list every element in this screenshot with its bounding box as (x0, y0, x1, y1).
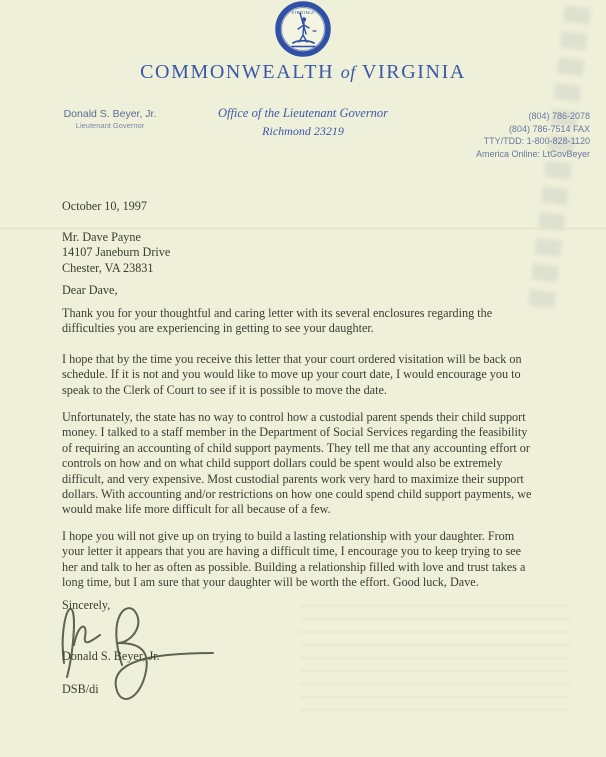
seal-text: VIRGINIA (291, 10, 314, 15)
salutation: Dear Dave, (62, 283, 118, 298)
letterhead-office: Office of the Lieutenant Governor Richmo… (183, 106, 423, 139)
title-virginia: VIRGINIA (362, 61, 466, 83)
paragraph-4: I hope you will not give up on trying to… (62, 529, 606, 591)
paragraph-3: Unfortunately, the state has no way to c… (62, 410, 606, 518)
letter-date: October 10, 1997 (62, 199, 147, 214)
office-name: Office of the Lieutenant Governor (183, 106, 423, 121)
paragraph-2: I hope that by the time you receive this… (62, 352, 606, 398)
letterhead-title: COMMONWEALTH of VIRGINIA (0, 61, 606, 84)
closing: Sincerely, (62, 598, 110, 613)
title-commonwealth: COMMONWEALTH (140, 61, 334, 83)
office-city: Richmond 23219 (183, 124, 423, 139)
aol-handle: America Online: LtGovBeyer (390, 148, 590, 161)
officer-name: Donald S. Beyer, Jr. (40, 108, 180, 120)
phone-number: (804) 786-2078 (390, 110, 590, 123)
letterhead-contact: (804) 786-2078 (804) 786-7514 FAX TTY/TD… (390, 110, 590, 160)
fax-number: (804) 786-7514 FAX (390, 123, 590, 136)
recipient-street: 14107 Janeburn Drive (62, 245, 170, 260)
scanned-letter-page: VIRGINIA COMMONWEALTH of VIRGINIA Donald… (0, 0, 606, 757)
recipient-address: Mr. Dave Payne 14107 Janeburn Drive Ches… (62, 230, 170, 276)
virginia-seal-icon: VIRGINIA (271, 1, 335, 59)
bleedthrough-text-shadow (300, 605, 570, 720)
recipient-name: Mr. Dave Payne (62, 230, 170, 245)
signer-name: Donald S. Beyer, Jr. (62, 649, 160, 664)
tty-number: TTY/TDD: 1-800-828-1120 (390, 135, 590, 148)
recipient-city: Chester, VA 23831 (62, 261, 170, 276)
officer-role: Lieutenant Governor (40, 121, 180, 130)
title-of: of (341, 62, 356, 82)
paragraph-1: Thank you for your thoughtful and caring… (62, 306, 606, 337)
reference-initials: DSB/di (62, 682, 99, 697)
letterhead-officer: Donald S. Beyer, Jr. Lieutenant Governor (40, 108, 180, 130)
